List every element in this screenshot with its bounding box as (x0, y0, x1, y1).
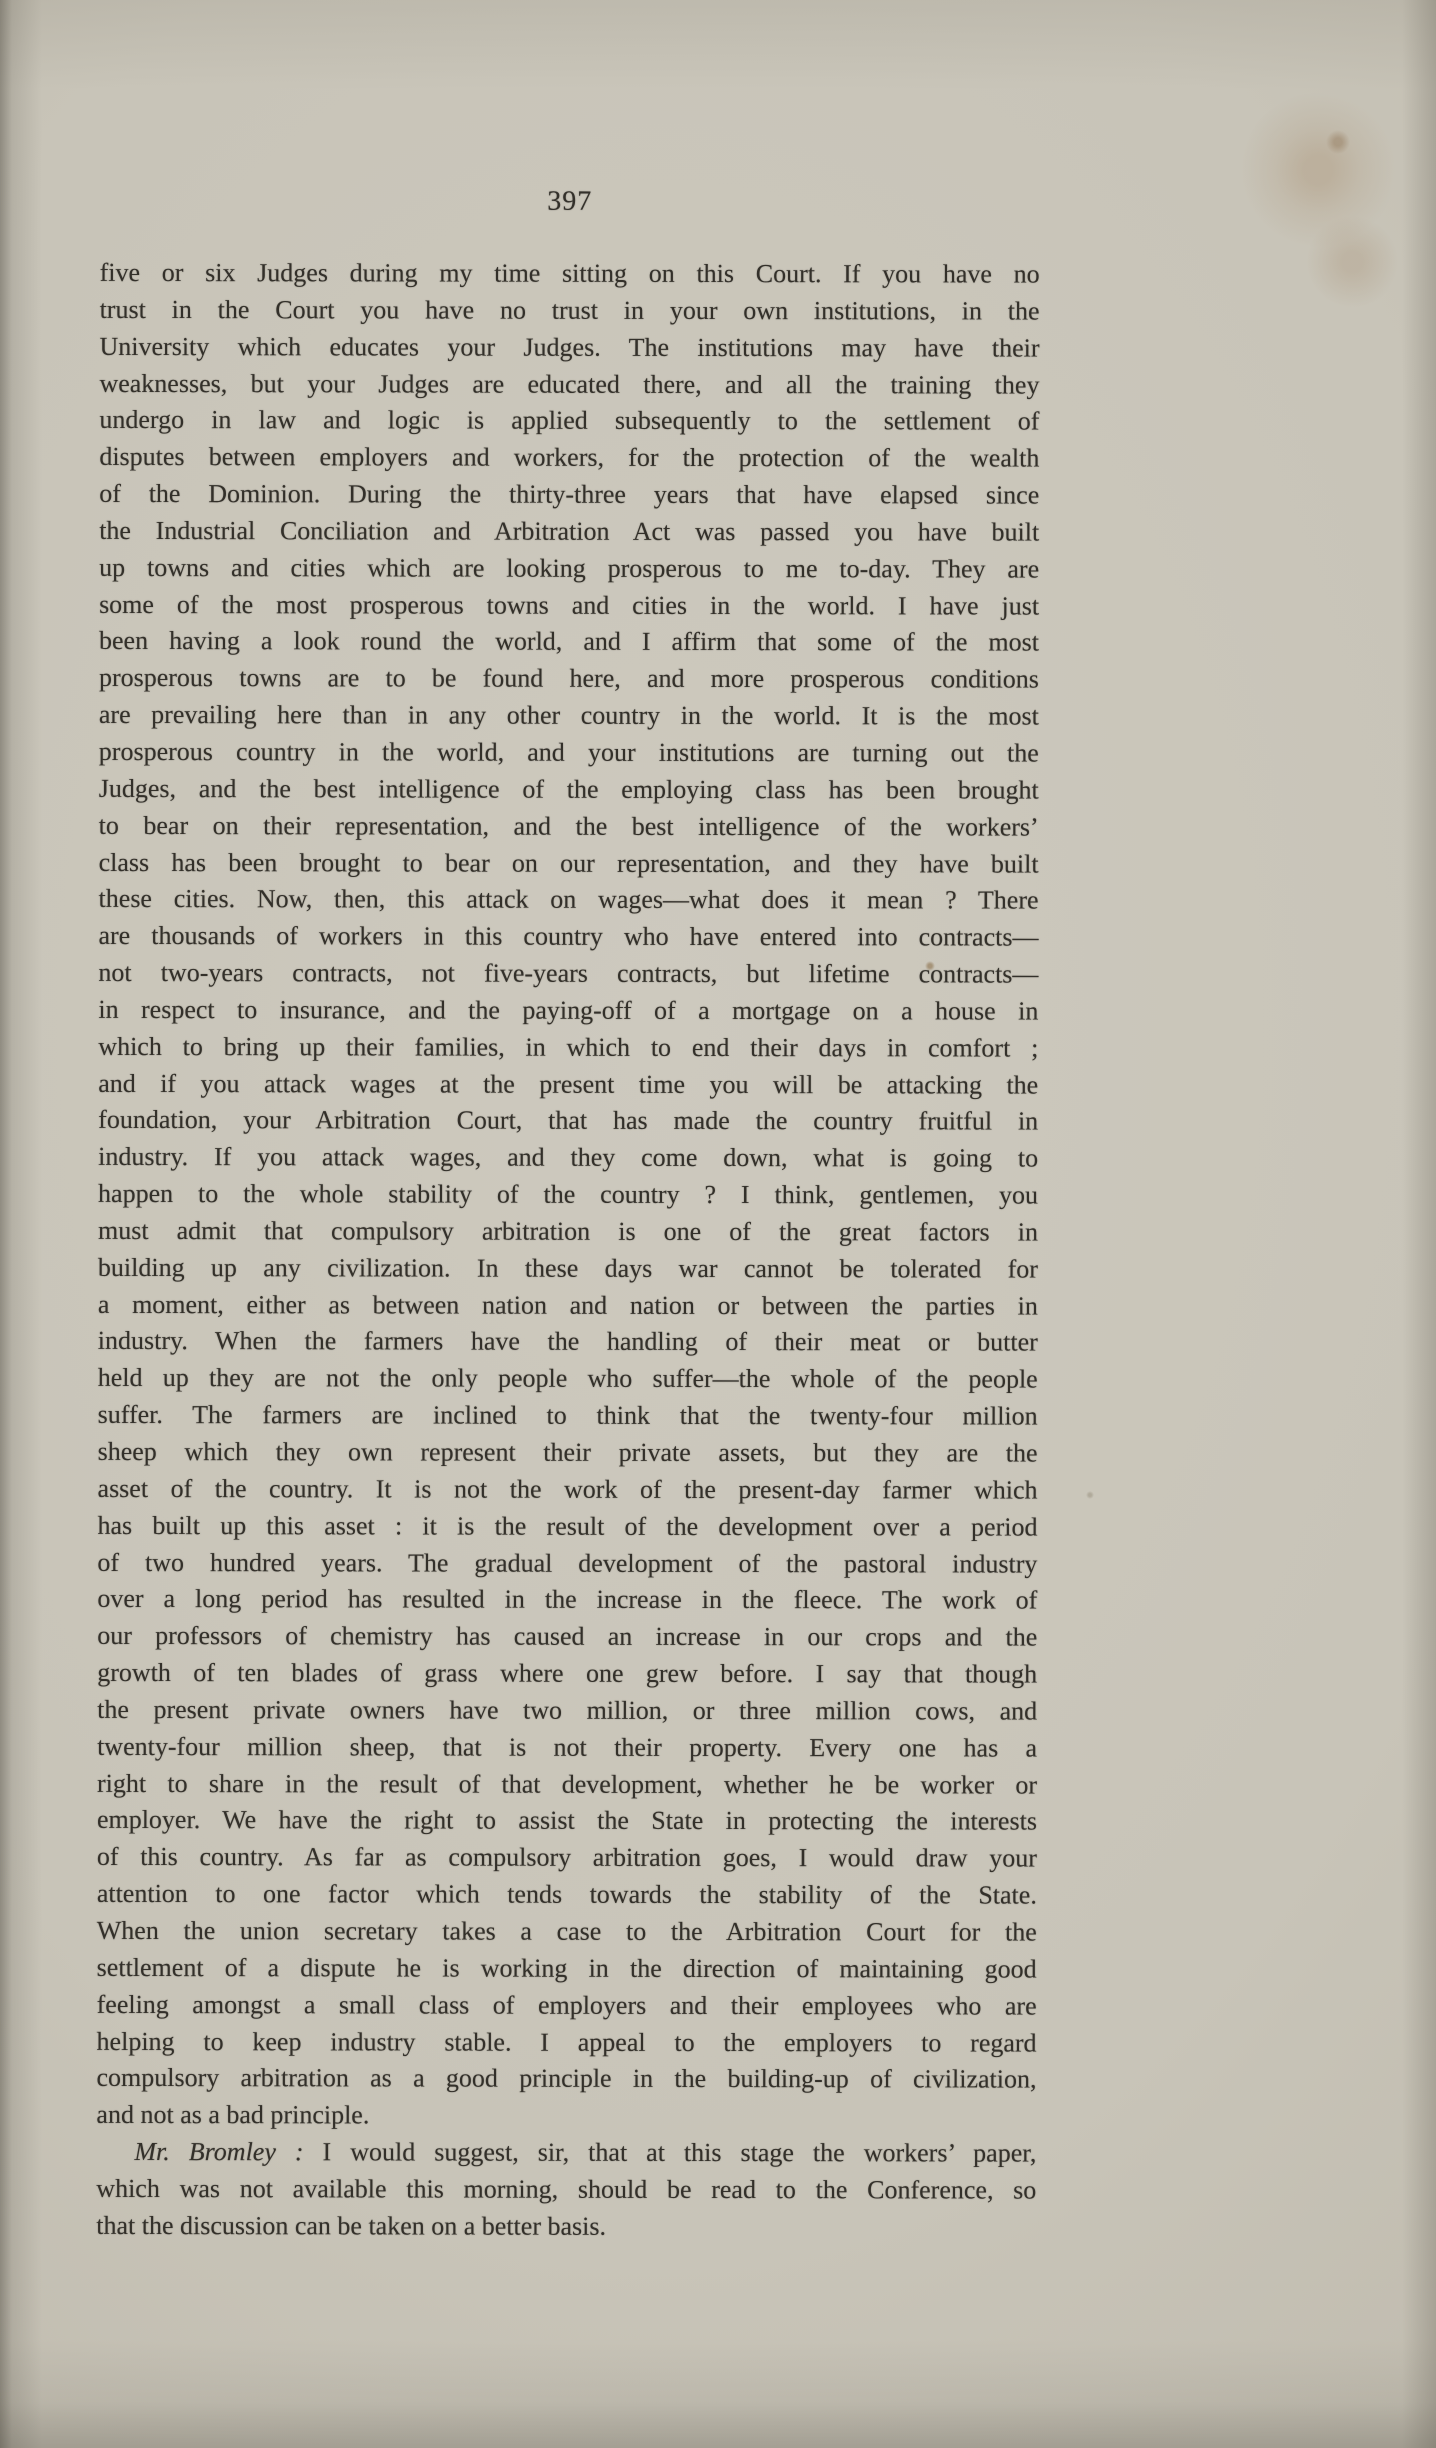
text-line: industry. When the farmers have the hand… (98, 1323, 1038, 1361)
text-line: Mr. Bromley : I would suggest, sir, that… (96, 2134, 1036, 2172)
text-line: up towns and cities which are looking pr… (99, 550, 1039, 588)
text-line: are thousands of workers in this country… (98, 918, 1038, 956)
text-line: not two-years contracts, not five-years … (98, 955, 1038, 993)
text-line: our professors of chemistry has caused a… (97, 1618, 1037, 1656)
text-line: to bear on their representation, and the… (99, 808, 1039, 846)
text-line: the present private owners have two mill… (97, 1692, 1037, 1730)
text-line: weaknesses, but your Judges are educated… (99, 365, 1039, 403)
text-line: twenty-four million sheep, that is not t… (97, 1729, 1037, 1767)
text-line: right to share in the result of that dev… (97, 1766, 1037, 1804)
text-line: building up any civilization. In these d… (98, 1250, 1038, 1288)
text-line: are prevailing here than in any other co… (99, 697, 1039, 735)
text-line: which was not available this morning, sh… (96, 2171, 1036, 2209)
text-line: foundation, your Arbitration Court, that… (98, 1102, 1038, 1140)
text-line: over a long period has resulted in the i… (97, 1581, 1037, 1619)
page-sheet: 397 five or six Judges during my time si… (0, 0, 1436, 2448)
text-line: the Industrial Conciliation and Arbitrat… (99, 513, 1039, 551)
text-line: settlement of a dispute he is working in… (97, 1950, 1037, 1988)
text-line: in respect to insurance, and the paying-… (98, 992, 1038, 1030)
text-line: attention to one factor which tends towa… (97, 1876, 1037, 1914)
text-line: five or six Judges during my time sittin… (100, 255, 1040, 293)
text-line: compulsory arbitration as a good princip… (96, 2060, 1036, 2098)
text-line: feeling amongst a small class of employe… (97, 1987, 1037, 2025)
text-line: happen to the whole stability of the cou… (98, 1176, 1038, 1214)
text-line: has built up this asset : it is the resu… (97, 1508, 1037, 1546)
text-line: held up they are not the only people who… (98, 1360, 1038, 1398)
text-line: prosperous towns are to be found here, a… (99, 660, 1039, 698)
text-line: asset of the country. It is not the work… (98, 1471, 1038, 1509)
scanned-book-page: 397 five or six Judges during my time si… (0, 0, 1436, 2448)
text-line: growth of ten blades of grass where one … (97, 1655, 1037, 1693)
text-line: a moment, either as between nation and n… (98, 1287, 1038, 1325)
text-line: helping to keep industry stable. I appea… (97, 2023, 1037, 2061)
page-number: 397 (100, 185, 1040, 219)
text-line: of this country. As far as compulsory ar… (97, 1839, 1037, 1877)
text-line: some of the most prosperous towns and ci… (99, 587, 1039, 625)
text-line: When the union secretary takes a case to… (97, 1913, 1037, 1951)
text-line: and not as a bad principle. (96, 2097, 1036, 2135)
text-line: University which educates your Judges. T… (99, 329, 1039, 367)
text-line: must admit that compulsory arbitration i… (98, 1213, 1038, 1251)
speaker-name: Mr. Bromley : (134, 2137, 303, 2166)
text-line: been having a look round the world, and … (99, 623, 1039, 661)
text-line: of the Dominion. During the thirty-three… (99, 476, 1039, 514)
text-line: class has been brought to bear on our re… (99, 844, 1039, 882)
text-line: which to bring up their families, in whi… (98, 1029, 1038, 1067)
text-line: suffer. The farmers are inclined to thin… (98, 1397, 1038, 1435)
text-line: prosperous country in the world, and you… (99, 734, 1039, 772)
text-line: of two hundred years. The gradual develo… (97, 1544, 1037, 1582)
text-line: these cities. Now, then, this attack on … (99, 881, 1039, 919)
text-line: Judges, and the best intelligence of the… (99, 771, 1039, 809)
text-line: that the discussion can be taken on a be… (96, 2208, 1036, 2246)
text-line: undergo in law and logic is applied subs… (99, 402, 1039, 440)
text-line: industry. If you attack wages, and they … (98, 1139, 1038, 1177)
page-text: five or six Judges during my time sittin… (96, 255, 1039, 2246)
text-line: trust in the Court you have no trust in … (100, 292, 1040, 330)
text-line: employer. We have the right to assist th… (97, 1802, 1037, 1840)
text-line: sheep which they own represent their pri… (98, 1434, 1038, 1472)
text-line: disputes between employers and workers, … (99, 439, 1039, 477)
text-line: and if you attack wages at the present t… (98, 1065, 1038, 1103)
